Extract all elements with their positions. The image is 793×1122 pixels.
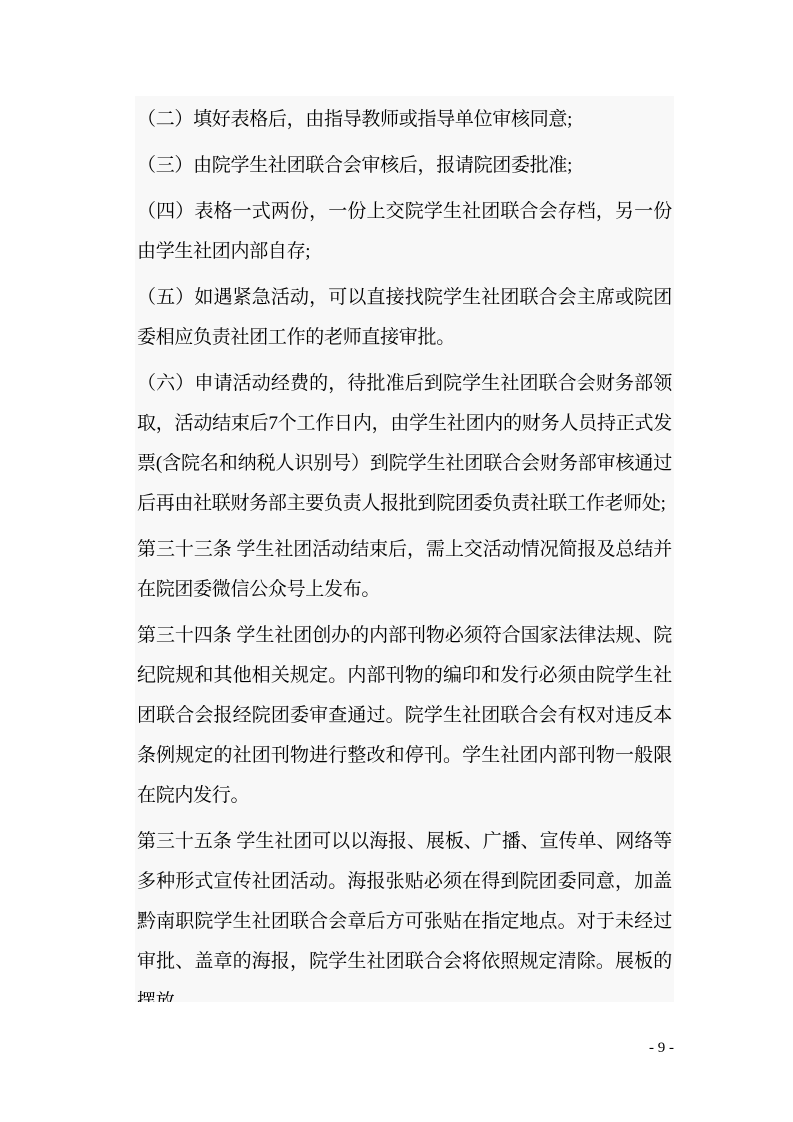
paragraph-item-3: （三）由院学生社团联合会审核后，报请院团委批准; bbox=[137, 146, 672, 186]
paragraph-article-33: 第三十三条 学生社团活动结束后，需上交活动情况简报及总结并在院团委微信公众号上发… bbox=[137, 530, 672, 610]
paragraph-article-34: 第三十四条 学生社团创办的内部刊物必须符合国家法律法规、院纪院规和其他相关规定。… bbox=[137, 616, 672, 816]
document-page: （二）填好表格后，由指导教师或指导单位审核同意; （三）由院学生社团联合会审核后… bbox=[0, 0, 793, 1122]
paragraph-item-4: （四）表格一式两份，一份上交院学生社团联合会存档，另一份由学生社团内部自存; bbox=[137, 192, 672, 272]
paragraph-article-35: 第三十五条 学生社团可以以海报、展板、广播、宣传单、网络等多种形式宣传社团活动。… bbox=[137, 822, 672, 1002]
text-block: （二）填好表格后，由指导教师或指导单位审核同意; （三）由院学生社团联合会审核后… bbox=[135, 96, 674, 1002]
paragraph-item-6: （六）申请活动经费的，待批准后到院学生社团联合会财务部领取，活动结束后7个工作日… bbox=[137, 364, 672, 524]
paragraph-item-2: （二）填好表格后，由指导教师或指导单位审核同意; bbox=[137, 100, 672, 140]
page-number: - 9 - bbox=[135, 1039, 674, 1057]
paragraph-item-5: （五）如遇紧急活动，可以直接找院学生社团联合会主席或院团委相应负责社团工作的老师… bbox=[137, 278, 672, 358]
